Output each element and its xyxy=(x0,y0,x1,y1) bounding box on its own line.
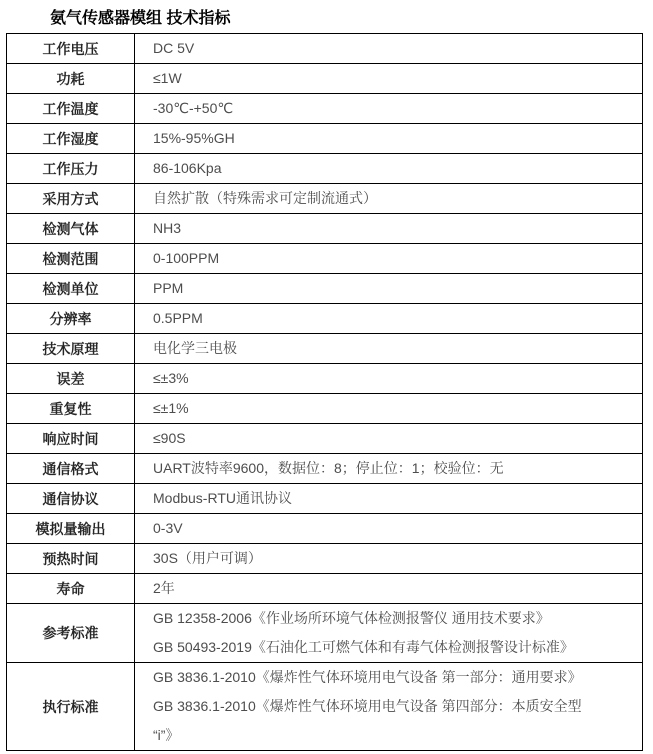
table-row: 寿命2年 xyxy=(7,574,643,604)
page-title: 氨气传感器模组 技术指标 xyxy=(50,9,653,28)
spec-label-cell: 功耗 xyxy=(7,64,135,94)
spec-value-cell: 30S（用户可调） xyxy=(135,544,643,574)
table-row: 功耗≤1W xyxy=(7,64,643,94)
spec-label-cell: 技术原理 xyxy=(7,334,135,364)
spec-value-line: “i”》 xyxy=(153,721,632,750)
spec-value-cell: 15%-95%GH xyxy=(135,124,643,154)
spec-value-line: UART波特率9600，数据位：8；停止位：1；校验位：无 xyxy=(153,454,632,483)
spec-value-line: ≤±1% xyxy=(153,394,632,423)
spec-value-cell: ≤±1% xyxy=(135,394,643,424)
spec-value-cell: ≤±3% xyxy=(135,364,643,394)
spec-label-cell: 分辨率 xyxy=(7,304,135,334)
spec-value-line: DC 5V xyxy=(153,34,632,63)
table-row: 采用方式自然扩散（特殊需求可定制流通式） xyxy=(7,184,643,214)
table-row: 检测气体NH3 xyxy=(7,214,643,244)
spec-value-cell: GB 3836.1-2010《爆炸性气体环境用电气设备 第一部分：通用要求》GB… xyxy=(135,663,643,751)
spec-value-cell: ≤1W xyxy=(135,64,643,94)
spec-value-cell: UART波特率9600，数据位：8；停止位：1；校验位：无 xyxy=(135,454,643,484)
spec-value-line: 0-100PPM xyxy=(153,244,632,273)
spec-label-cell: 工作压力 xyxy=(7,154,135,184)
spec-value-line: GB 50493-2019《石油化工可燃气体和有毒气体检测报警设计标准》 xyxy=(153,633,632,662)
spec-label-cell: 采用方式 xyxy=(7,184,135,214)
spec-value-line: 2年 xyxy=(153,574,632,603)
table-row: 参考标准GB 12358-2006《作业场所环境气体检测报警仪 通用技术要求》G… xyxy=(7,604,643,663)
spec-label-cell: 重复性 xyxy=(7,394,135,424)
spec-table-body: 工作电压DC 5V功耗≤1W工作温度-30℃-+50℃工作湿度15%-95%GH… xyxy=(7,34,643,751)
spec-value-line: PPM xyxy=(153,274,632,303)
spec-value-cell: GB 12358-2006《作业场所环境气体检测报警仪 通用技术要求》GB 50… xyxy=(135,604,643,663)
table-row: 工作温度-30℃-+50℃ xyxy=(7,94,643,124)
spec-value-cell: -30℃-+50℃ xyxy=(135,94,643,124)
spec-value-line: GB 3836.1-2010《爆炸性气体环境用电气设备 第四部分：本质安全型 xyxy=(153,692,632,721)
spec-value-line: 0-3V xyxy=(153,514,632,543)
table-row: 分辨率0.5PPM xyxy=(7,304,643,334)
spec-label-cell: 检测单位 xyxy=(7,274,135,304)
spec-value-cell: 电化学三电极 xyxy=(135,334,643,364)
table-row: 工作电压DC 5V xyxy=(7,34,643,64)
spec-value-cell: 86-106Kpa xyxy=(135,154,643,184)
table-row: 工作湿度15%-95%GH xyxy=(7,124,643,154)
table-row: 检测范围0-100PPM xyxy=(7,244,643,274)
table-row: 技术原理电化学三电极 xyxy=(7,334,643,364)
spec-value-cell: ≤90S xyxy=(135,424,643,454)
spec-label-cell: 预热时间 xyxy=(7,544,135,574)
spec-label-cell: 检测范围 xyxy=(7,244,135,274)
spec-value-line: ≤90S xyxy=(153,424,632,453)
spec-label-cell: 检测气体 xyxy=(7,214,135,244)
spec-table: 工作电压DC 5V功耗≤1W工作温度-30℃-+50℃工作湿度15%-95%GH… xyxy=(6,33,643,751)
table-row: 预热时间30S（用户可调） xyxy=(7,544,643,574)
spec-label-cell: 寿命 xyxy=(7,574,135,604)
spec-value-cell: DC 5V xyxy=(135,34,643,64)
spec-value-cell: 2年 xyxy=(135,574,643,604)
spec-value-line: GB 12358-2006《作业场所环境气体检测报警仪 通用技术要求》 xyxy=(153,604,632,633)
spec-label-cell: 误差 xyxy=(7,364,135,394)
table-row: 模拟量输出0-3V xyxy=(7,514,643,544)
spec-value-cell: 0-100PPM xyxy=(135,244,643,274)
spec-label-cell: 工作电压 xyxy=(7,34,135,64)
spec-label-cell: 通信协议 xyxy=(7,484,135,514)
spec-value-line: 15%-95%GH xyxy=(153,124,632,153)
spec-label-cell: 参考标准 xyxy=(7,604,135,663)
table-row: 重复性≤±1% xyxy=(7,394,643,424)
spec-value-line: NH3 xyxy=(153,214,632,243)
spec-value-line: 86-106Kpa xyxy=(153,154,632,183)
spec-value-cell: Modbus-RTU通讯协议 xyxy=(135,484,643,514)
spec-label-cell: 工作温度 xyxy=(7,94,135,124)
spec-label-cell: 模拟量输出 xyxy=(7,514,135,544)
spec-value-cell: 自然扩散（特殊需求可定制流通式） xyxy=(135,184,643,214)
spec-value-line: ≤±3% xyxy=(153,364,632,393)
table-row: 通信格式UART波特率9600，数据位：8；停止位：1；校验位：无 xyxy=(7,454,643,484)
table-row: 误差≤±3% xyxy=(7,364,643,394)
spec-label-cell: 执行标准 xyxy=(7,663,135,751)
spec-value-line: -30℃-+50℃ xyxy=(153,94,632,123)
spec-value-cell: PPM xyxy=(135,274,643,304)
table-row: 通信协议Modbus-RTU通讯协议 xyxy=(7,484,643,514)
spec-sheet: 氨气传感器模组 技术指标 工作电压DC 5V功耗≤1W工作温度-30℃-+50℃… xyxy=(0,9,653,751)
spec-value-line: ≤1W xyxy=(153,64,632,93)
spec-value-line: 电化学三电极 xyxy=(153,334,632,363)
spec-value-cell: 0.5PPM xyxy=(135,304,643,334)
spec-value-line: 0.5PPM xyxy=(153,304,632,333)
spec-value-line: 自然扩散（特殊需求可定制流通式） xyxy=(153,184,632,213)
spec-value-line: Modbus-RTU通讯协议 xyxy=(153,484,632,513)
spec-value-line: GB 3836.1-2010《爆炸性气体环境用电气设备 第一部分：通用要求》 xyxy=(153,663,632,692)
spec-label-cell: 通信格式 xyxy=(7,454,135,484)
spec-value-line: 30S（用户可调） xyxy=(153,544,632,573)
spec-label-cell: 响应时间 xyxy=(7,424,135,454)
table-row: 响应时间≤90S xyxy=(7,424,643,454)
spec-value-cell: NH3 xyxy=(135,214,643,244)
table-row: 工作压力86-106Kpa xyxy=(7,154,643,184)
spec-label-cell: 工作湿度 xyxy=(7,124,135,154)
table-row: 执行标准GB 3836.1-2010《爆炸性气体环境用电气设备 第一部分：通用要… xyxy=(7,663,643,751)
spec-value-cell: 0-3V xyxy=(135,514,643,544)
table-row: 检测单位PPM xyxy=(7,274,643,304)
